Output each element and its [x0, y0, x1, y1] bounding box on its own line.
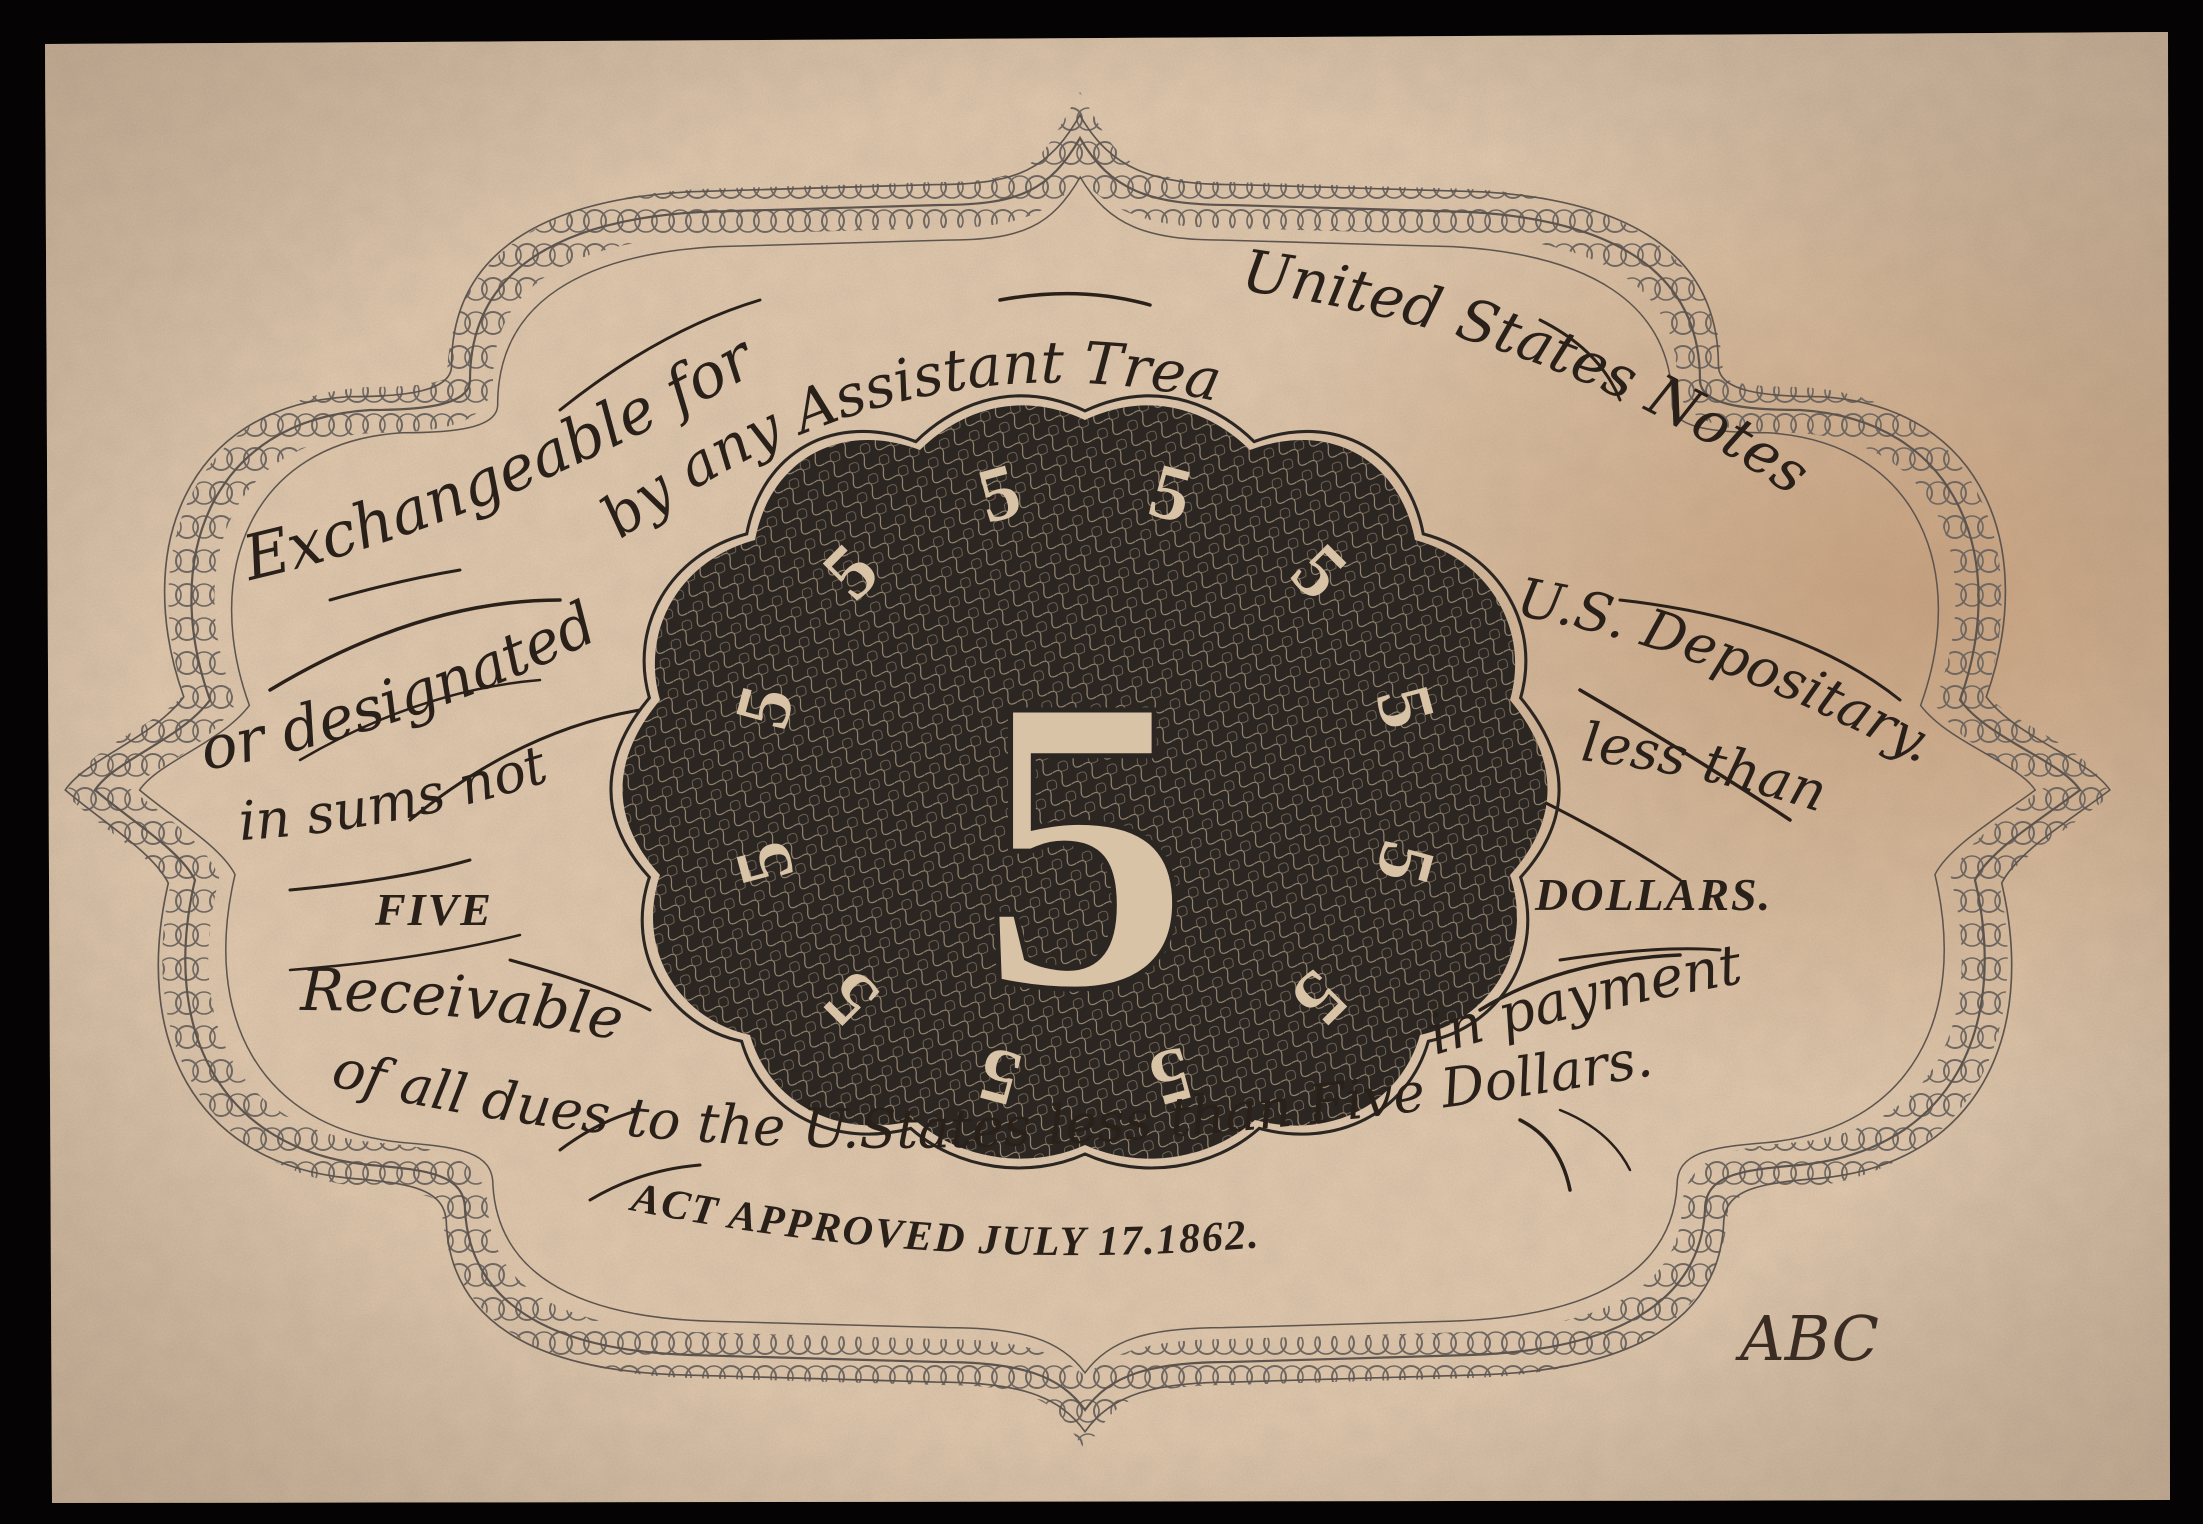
banknote-photo: 555555555555 5 Exchangeable for by any A…	[0, 0, 2203, 1524]
text-dollars: DOLLARS.	[1534, 869, 1772, 920]
engraver-monogram: ABC	[1735, 1302, 1879, 1375]
center-numeral: 5	[980, 611, 1190, 1076]
text-five: FIVE	[374, 884, 493, 935]
